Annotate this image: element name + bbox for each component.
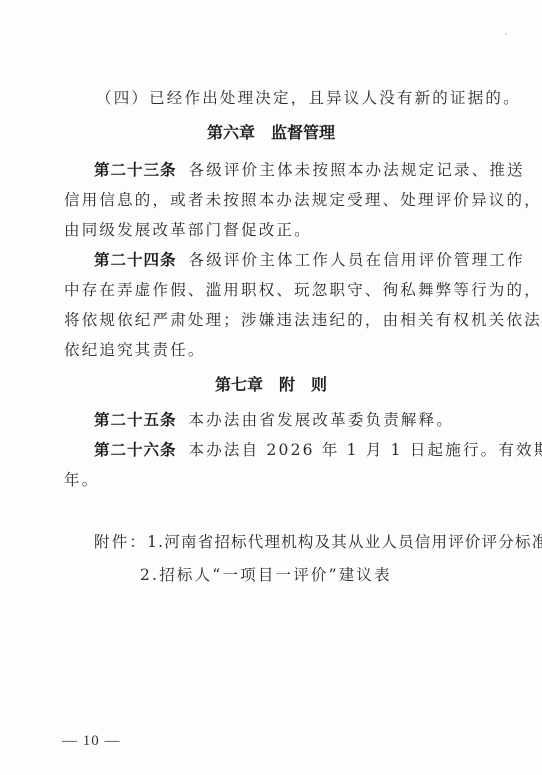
attachment-1: 附件：1.河南省招标代理机构及其从业人员信用评价评分标准 <box>94 532 534 552</box>
attachment-2: 2.招标人“一项目一评价”建议表 <box>140 565 542 585</box>
chapter-6-heading: 第六章 监督管理 <box>0 123 542 143</box>
article-23-line-2: 信用信息的，或者未按照本办法规定受理、处理评价异议的， <box>64 190 504 210</box>
article-26-line-2: 年。 <box>64 470 504 490</box>
article-23-line-3: 由同级发展改革部门督促改正。 <box>64 220 504 240</box>
article-23-line-1: 第二十三条各级评价主体未按照本办法规定记录、推送 <box>94 160 534 180</box>
article-24-line-3: 将依规依纪严肃处理；涉嫌违法违纪的，由相关有权机关依法 <box>64 310 504 330</box>
article-24-line-4: 依纪追究其责任。 <box>64 340 504 360</box>
chapter-7-heading: 第七章 附 则 <box>0 375 542 395</box>
article-26-label: 第二十六条 <box>94 441 177 459</box>
attachments-label: 附件： <box>94 533 147 551</box>
article-24-line-1: 第二十四条各级评价主体工作人员在信用评价管理工作 <box>94 250 534 270</box>
scan-speck <box>505 33 507 35</box>
article-23-label: 第二十三条 <box>94 161 177 179</box>
article-25: 第二十五条本办法由省发展改革委负责解释。 <box>94 410 534 430</box>
article-24-line-2: 中存在弄虚作假、滥用职权、玩忽职守、徇私舞弊等行为的， <box>64 280 504 300</box>
article-24-label: 第二十四条 <box>94 251 177 269</box>
clause-4: （四）已经作出处理决定，且异议人没有新的证据的。 <box>96 88 536 108</box>
article-25-label: 第二十五条 <box>94 411 177 429</box>
article-26-line-1: 第二十六条本办法自 2026 年 1 月 1 日起施行。有效期两 <box>94 440 534 460</box>
page-number: — 10 — <box>62 733 121 750</box>
